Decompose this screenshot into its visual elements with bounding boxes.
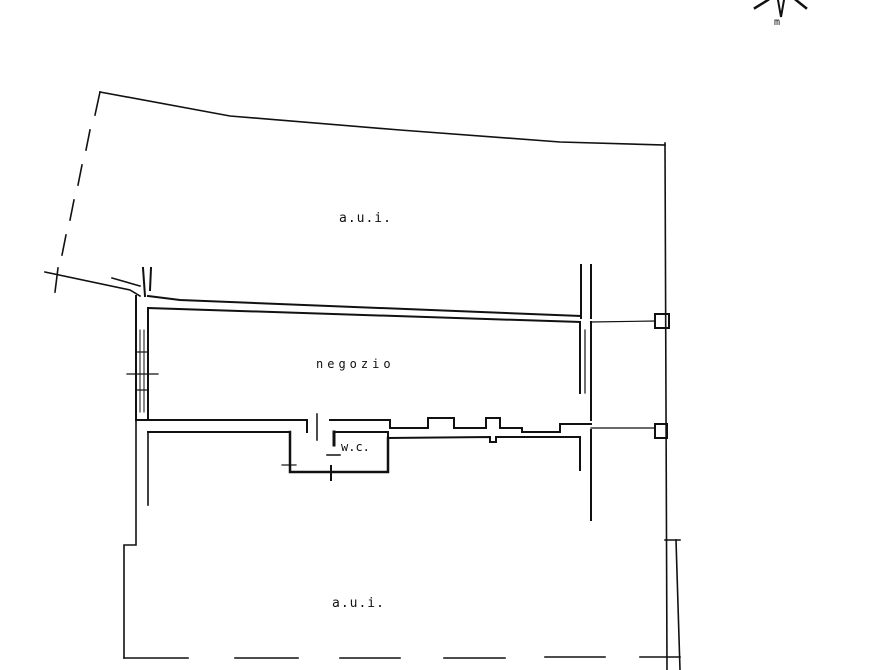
floor-plan-drawing <box>0 0 893 670</box>
room-label-wc: w.c. <box>341 440 370 454</box>
room-label-aui-top: a.u.i. <box>339 211 392 226</box>
north-arrow-label: m <box>774 17 780 28</box>
wc-walls <box>282 432 388 480</box>
bottom-area-boundary <box>124 420 680 670</box>
middle-wall <box>136 414 667 520</box>
room-label-aui-bottom: a.u.i. <box>332 596 385 611</box>
north-arrow-icon <box>755 0 806 17</box>
room-label-negozio: negozio <box>316 357 395 371</box>
shop-walls <box>127 265 669 420</box>
top-area-boundary <box>45 92 667 670</box>
